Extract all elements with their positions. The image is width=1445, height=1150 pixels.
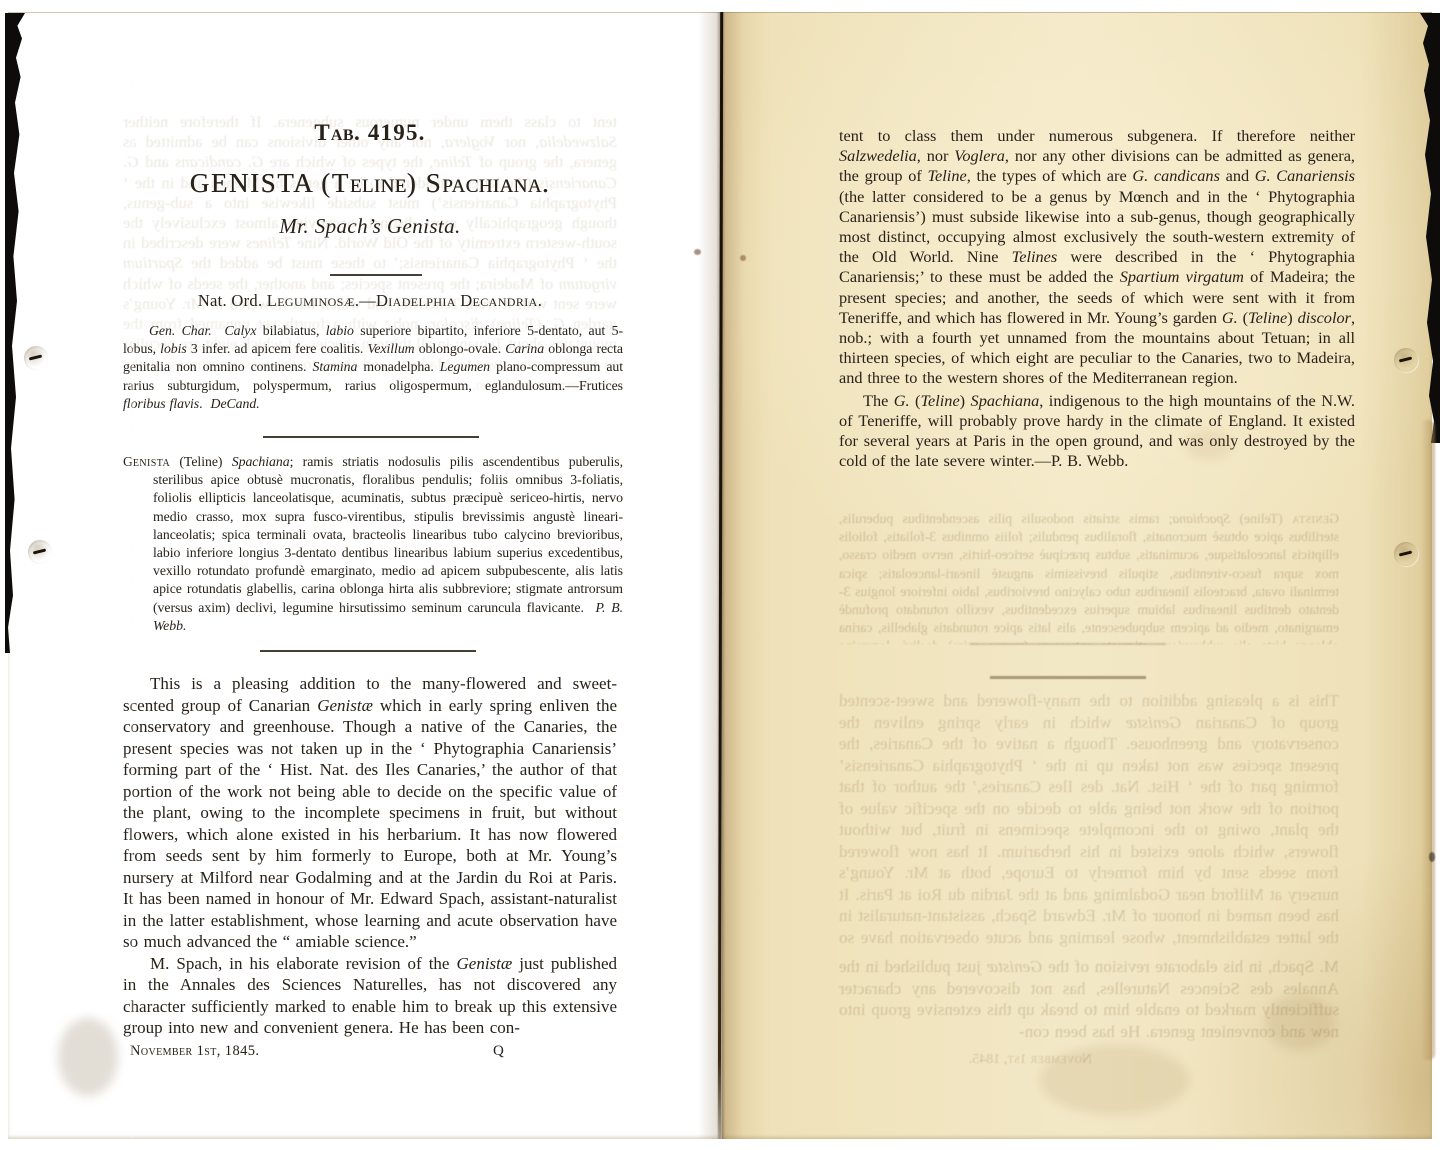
bleedthrough-text: Genista (Teline) Spachiana; ramis striat… [839,510,1339,644]
paper-stain [1265,995,1335,1050]
book-scan: tent to class them under numerous subgen… [0,0,1445,1150]
right-page: tent to class them under numerous subgen… [722,12,1432,1139]
paper-stain [1185,430,1231,460]
divider-rule [263,436,479,438]
page-footer: November 1st, 1845. Q [123,1043,617,1063]
body-text-column: tent to class them under numerous subgen… [839,126,1355,471]
paper-crease [131,24,133,1150]
body-text-column: This is a pleasing addition to the many-… [123,673,617,1063]
stitch-hole [24,346,48,370]
plate-number: Tab. 4195. [123,120,617,146]
bleedthrough-text: This is a pleasing addition to the many-… [839,690,1339,952]
page-edge-shadow [1421,420,1435,1060]
paper-stain [1040,1045,1190,1115]
body-paragraph-1: This is a pleasing addition to the many-… [123,673,617,953]
divider-rule [260,650,476,652]
body-paragraph-2: M. Spach, in his elaborate revision of t… [123,953,617,1039]
foxing-spot [740,255,746,261]
divider-rule [330,274,422,276]
imprint-date: November 1st, 1845. [130,1043,259,1060]
body-paragraph-final: The G. (Teline) Spachiana, indigenous to… [839,391,1355,472]
species-diagnosis: Genista (Teline) Spachiana; ramis striat… [123,453,623,635]
left-page: tent to class them under numerous subgen… [8,12,720,1139]
page-title: GENISTA (Teline) Spachiana. [123,168,617,199]
stitch-hole [1394,542,1418,566]
signature-mark: Q [493,1043,504,1060]
foxing-spot [1429,852,1435,862]
body-paragraph-continuation: tent to class them under numerous subgen… [839,126,1355,389]
bleedthrough-rule [990,676,1146,679]
stitch-hole [1394,348,1418,372]
bleedthrough-text: M. Spach, in his elaborate revision of t… [839,956,1339,1042]
generic-character: Gen. Char. Calyx bilabiatus, labio super… [123,322,623,413]
natural-order: Nat. Ord. Leguminosæ.—Diadelphia Decandr… [123,291,617,311]
paper-stain [58,1018,118,1096]
bleedthrough-rule [970,643,1166,645]
stitch-hole [28,540,52,564]
foxing-spot [694,249,701,255]
common-name: Mr. Spach’s Genista. [123,214,617,239]
